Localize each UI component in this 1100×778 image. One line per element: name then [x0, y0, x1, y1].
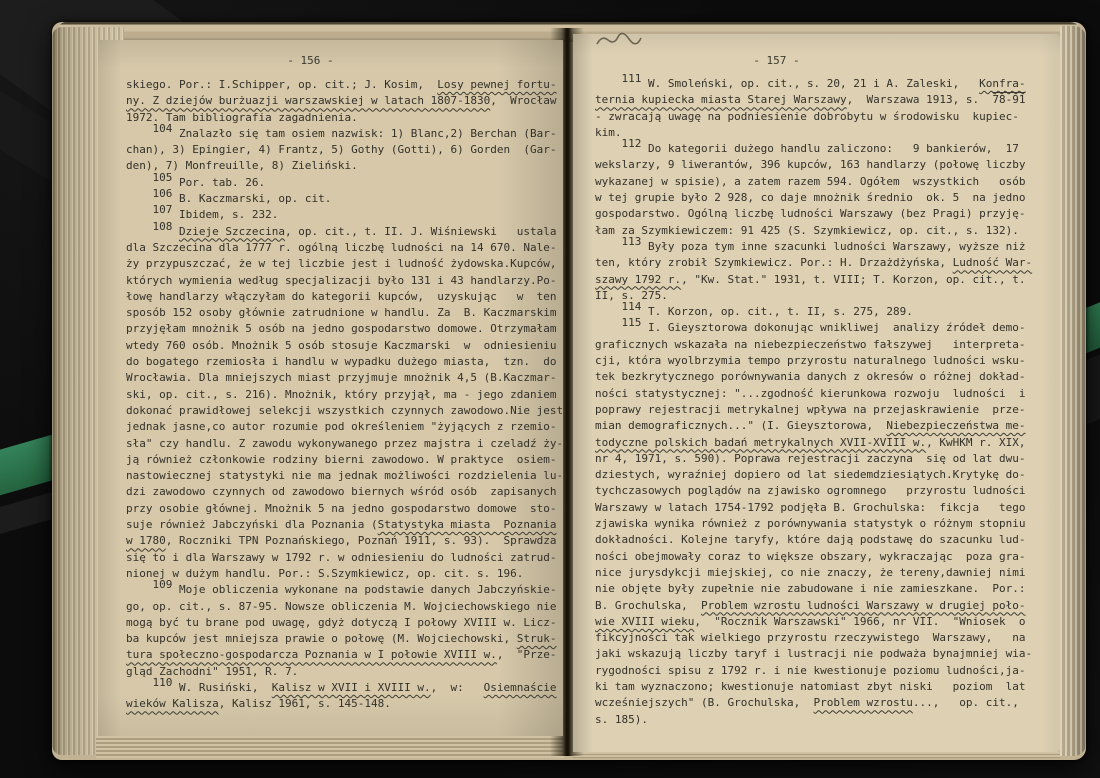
text-segment [126, 192, 153, 205]
text-line: ności obejmowały coraz to większe obszar… [595, 549, 1032, 565]
text-line: w 1780, Roczniki TPN Poznańskiego, Pozna… [126, 533, 563, 549]
text-line: suje również Jabczyński dla Poznania (St… [126, 517, 563, 533]
text-line: cji, która wyolbrzymia tempo przyrostu n… [595, 353, 1032, 369]
footnote-number: 111 [622, 72, 642, 85]
text-line: 106 B. Kaczmarski, op. cit. [126, 191, 563, 207]
text-segment: łam za Szymkiewiczem: 91 425 (S. Szymkie… [595, 224, 1019, 237]
text-line: nie objęte były zupełnie nie zabudowane … [595, 581, 1032, 597]
text-line: 110 W. Rusiński, Kalisz w XVII i XVIII w… [126, 680, 563, 696]
text-segment: dla Szczecina dla 1777 r. ogólną liczbę … [126, 241, 556, 254]
text-line: 109 Moje obliczenia wykonane na podstawi… [126, 582, 563, 598]
footnote-number: 115 [622, 316, 642, 329]
text-segment: s. 185). [595, 713, 648, 726]
text-line: 104 Znalazło się tam osiem nazwisk: 1) B… [126, 126, 563, 142]
text-segment: gospodarstwo. Ogólną liczbę ludności War… [595, 207, 1025, 220]
text-line: ternia kupiecka miasta Starej Warszawy, … [595, 92, 1032, 108]
text-segment: nie objęte były zupełnie nie zabudowane … [595, 582, 1025, 595]
text-segment: go, op. cit., s. 87-95. Nowsze obliczeni… [126, 600, 556, 613]
footnote-number: 108 [153, 220, 173, 233]
underlined-title: Konfra- [979, 77, 1025, 90]
text-segment: Wrocławia. Dla mniejszych miast przyjmuj… [126, 371, 556, 384]
text-line: rygodności spisu z 1792 r. i nie kwestio… [595, 663, 1032, 679]
left-page: - 156 - skiego. Por.: I.Schipper, op. ci… [98, 40, 563, 736]
text-segment: , op. cit., t. II. J. Wiśniewski ustala [285, 225, 557, 238]
text-line: graficznych wskazała na niebezpieczeństw… [595, 337, 1032, 353]
text-segment [595, 77, 622, 90]
text-segment: ba kupców jest mniejsza prawie o połowę … [126, 632, 517, 645]
text-line: do bogatego rzemiosła i handlu w wypadku… [126, 354, 563, 370]
pencil-mark [595, 32, 643, 50]
text-segment: wykazanej w spisie), a zatem razem 594. … [595, 175, 1025, 188]
text-segment: 78-91 [992, 93, 1025, 106]
text-segment: T. Korzon, op. cit., t. II, s. 275, 289. [641, 305, 913, 318]
text-segment: do bogatego rzemiosła i handlu w wypadku… [126, 355, 556, 368]
text-segment: Ibidem, s. 232. [172, 208, 278, 221]
text-segment: - zwracają uwagę na podniesienie dobroby… [595, 110, 1019, 123]
text-line: todyczne polskich badań metrykalnych XVI… [595, 435, 1032, 451]
text-line: jaki wskazują liczby taryf i lustracji n… [595, 646, 1032, 662]
underlined-title: ny. Z dziejów burżuazji warszawskiej w l… [126, 94, 490, 107]
footnote-number: 105 [153, 171, 173, 184]
text-segment [172, 225, 179, 238]
text-line: wieków Kalisza, Kalisz 1961, s. 145-148. [126, 696, 563, 712]
text-line: mogą być tu brane pod uwagę, gdyż dotycz… [126, 615, 563, 631]
text-segment: nionej w dużym handlu. Por.: S.Szymkiewi… [126, 567, 523, 580]
text-segment: nice jurysdykcji miejskiej, co nie znacz… [595, 566, 1025, 579]
text-line: Warszawy w latach 1754-1792 podjęła B. G… [595, 500, 1032, 516]
text-line: B. Grochulska, Problem wzrostu ludności … [595, 598, 1032, 614]
text-line: ski, op. cit., s. 216). Mnożnik, który p… [126, 387, 563, 403]
underlined-title: Statystyka miasta Poznania [378, 518, 557, 531]
text-line: skiego. Por.: I.Schipper, op. cit.; J. K… [126, 77, 563, 93]
text-segment [126, 681, 153, 694]
text-line: sła" czy handlu. Z zawodu wykonywanego p… [126, 436, 563, 452]
text-segment: wcześniejszych" (B. Grochulska, [595, 696, 814, 709]
text-segment: graficznych wskazała na niebezpieczeństw… [595, 338, 1025, 351]
text-line: wykazanej w spisie), a zatem razem 594. … [595, 174, 1032, 190]
text-line: dziestych, wyraźniej dopiero od lat sied… [595, 467, 1032, 483]
page-number-left: - 156 - [78, 54, 543, 67]
text-line: dokonać prawidłowej selekcji wszystkich … [126, 403, 563, 419]
underlined-title: Ludność War- [953, 256, 1032, 269]
text-segment: rygodności spisu z 1792 r. i nie kwestio… [595, 664, 1025, 677]
footnote-number: 112 [622, 137, 642, 150]
text-segment: ności statystycznej: "...zgodność kierun… [595, 387, 1025, 400]
underlined-title: wieków Kalisza [126, 697, 219, 710]
text-segment: suje również Jabczyński dla Poznania ( [126, 518, 378, 531]
text-line: jednak jasne,co autor rozumie pod określ… [126, 419, 563, 435]
text-line: den), 7) Monfreuille, 8) Zieliński. [126, 158, 563, 174]
text-line: 112 Do kategorii dużego handlu zaliczono… [595, 141, 1032, 157]
text-line: poprawy rejestracji metrykalnej wpływa n… [595, 402, 1032, 418]
text-segment: mian demograficznych..." (I. Gieysztorow… [595, 419, 886, 432]
underlined-title: ternia kupiecka miasta Starej Warszawy [595, 93, 847, 106]
text-line: sposób 152 osoby głównie zatrudnione w h… [126, 305, 563, 321]
text-line: przyjęłam mnożnik 5 osób na jedno gospod… [126, 321, 563, 337]
left-page-text: skiego. Por.: I.Schipper, op. cit.; J. K… [126, 77, 563, 713]
text-line: tura społeczno-gospodarcza Poznania w I … [126, 647, 563, 663]
text-segment: W. Rusiński, [172, 681, 271, 694]
text-line: ten, który zrobił Szymkiewicz. Por.: H. … [595, 255, 1032, 271]
text-line: łam za Szymkiewiczem: 91 425 (S. Szymkie… [595, 223, 1032, 239]
text-segment: W. Smoleński, op. cit., s. 20, 21 i A. Z… [641, 77, 979, 90]
text-segment: , Wrocław [490, 94, 556, 107]
text-segment: , Kalisz 1961, s. 145-148. [219, 697, 391, 710]
text-segment: ski, op. cit., s. 216). Mnożnik, który p… [126, 388, 556, 401]
underlined-title: Problem wzrostu ludności Warszawy w drug… [701, 599, 1026, 612]
text-segment: cji, która wyolbrzymia tempo przyrostu n… [595, 354, 1025, 367]
text-line: fikcyjności tak wielkiego przyrostu rzec… [595, 630, 1032, 646]
text-line: łowę handlarzy włączyłam do kategorii ku… [126, 289, 563, 305]
underlined-title: Osiemnaście [484, 681, 557, 694]
text-segment: sła" czy handlu. Z zawodu wykonywanego p… [126, 437, 563, 450]
text-segment: przy osobie głównej. Mnożnik 5 na jedno … [126, 502, 556, 515]
text-segment: dzi zawodowo czynnych od zawodowo bierny… [126, 485, 556, 498]
text-segment: ki tam wyznaczono; kwestionuje natomiast… [595, 680, 1025, 693]
text-line: s. 185). [595, 712, 1032, 728]
text-segment [595, 142, 622, 155]
footnote-number: 107 [153, 203, 173, 216]
text-line: się to i dla Warszawy w 1792 r. w odnies… [126, 550, 563, 566]
footnote-number: 109 [153, 578, 173, 591]
text-segment: chan), 3) Epingier, 4) Frantz, 5) Gothy … [126, 143, 556, 156]
text-segment: , Roczniki TPN Poznańskiego, Poznań 1911… [166, 534, 557, 547]
text-line: - zwracają uwagę na podniesienie dobroby… [595, 109, 1032, 125]
open-book: - 156 - skiego. Por.: I.Schipper, op. ci… [52, 22, 1086, 760]
underlined-title: szawy 1792 r. [595, 273, 681, 286]
text-segment: jaki wskazują liczby taryf i lustracji n… [595, 647, 1032, 660]
text-line: dla Szczecina dla 1777 r. ogólną liczbę … [126, 240, 563, 256]
text-segment: , Warszawa 1913, s. [847, 93, 993, 106]
text-line: Wrocławia. Dla mniejszych miast przyjmuj… [126, 370, 563, 386]
footnote-number: 114 [622, 300, 642, 313]
text-line: szawy 1792 r., "Kw. Stat." 1931, t. VIII… [595, 272, 1032, 288]
text-line: wtedy 760 osób. Mnożnik 5 osób stosuje K… [126, 338, 563, 354]
text-segment: Warszawy w latach 1754-1792 podjęła B. G… [595, 501, 1025, 514]
text-segment: I. Gieysztorowa dokonując wnikliwej anal… [641, 321, 1025, 334]
text-line: dokładności. Kolejne taryfy, które dają … [595, 532, 1032, 548]
text-line: tychczasowych poglądów na zjawisko ogrom… [595, 483, 1032, 499]
text-segment: przyjęłam mnożnik 5 osób na jedno gospod… [126, 322, 556, 335]
text-line: 108 Dzieje Szczecina, op. cit., t. II. J… [126, 224, 563, 240]
text-segment: nastowiecznej statystyki nie ma jednak m… [126, 469, 563, 482]
text-segment: tychczasowych poglądów na zjawisko ogrom… [595, 484, 1025, 497]
text-segment: Znalazło się tam osiem nazwisk: 1) Blanc… [172, 127, 556, 140]
text-segment: mogą być tu brane pod uwagę, gdyż dotycz… [126, 616, 556, 629]
text-segment [126, 208, 153, 221]
underlined-title: Problem wzrostu [814, 696, 913, 709]
text-line: ności statystycznej: "...zgodność kierun… [595, 386, 1032, 402]
page-number-right: - 157 - [533, 54, 1020, 67]
footnote-number: 110 [153, 676, 173, 689]
text-segment [595, 305, 622, 318]
underlined-title: Niebezpieczeństwa me- [886, 419, 1025, 432]
text-line: 115 I. Gieysztorowa dokonując wnikliwej … [595, 320, 1032, 336]
text-line: ją również członkowie rodziny bierni zaw… [126, 452, 563, 468]
text-line: chan), 3) Epingier, 4) Frantz, 5) Gothy … [126, 142, 563, 158]
text-line: kim. [595, 125, 1032, 141]
text-segment: zjawiska wynika również z porównywania s… [595, 517, 1025, 530]
text-segment: wekslarzy, 9 liwerantów, 396 kupców, 163… [595, 158, 1025, 171]
text-segment: , "Kw. Stat." 1931, t. VIII; T. Korzon, … [681, 273, 1025, 286]
text-segment: których wymienia według specjalizacji by… [126, 274, 556, 287]
text-segment: ją również członkowie rodziny bierni zaw… [126, 453, 556, 466]
text-segment: jednak jasne,co autor rozumie pod określ… [126, 420, 556, 433]
text-segment: łowę handlarzy włączyłam do kategorii ku… [126, 290, 556, 303]
text-line: wie XVIII wieku, "Rocznik Warszawski" 19… [595, 614, 1032, 630]
text-segment: B. Grochulska, [595, 599, 701, 612]
text-segment: skiego. Por.: I.Schipper, op. cit.; J. K… [126, 78, 437, 91]
underlined-title: Struk- [517, 632, 557, 645]
text-line: ba kupców jest mniejsza prawie o połowę … [126, 631, 563, 647]
text-segment: ności obejmowały coraz to większe obszar… [595, 550, 1025, 563]
text-segment [126, 127, 153, 140]
text-line: przy osobie głównej. Mnożnik 5 na jedno … [126, 501, 563, 517]
text-line: 105 Por. tab. 26. [126, 175, 563, 191]
text-line: nionej w dużym handlu. Por.: S.Szymkiewi… [126, 566, 563, 582]
text-segment: sposób 152 osoby głównie zatrudnione w h… [126, 306, 556, 319]
right-page: - 157 - 111 W. Smoleński, op. cit., s. 2… [573, 34, 1060, 752]
text-line: w tej grupie było 2 928, co daje mnożnik… [595, 190, 1032, 206]
text-segment: ..., op. cit., [913, 696, 1019, 709]
text-segment: w tej grupie było 2 928, co daje mnożnik… [595, 191, 1025, 204]
text-segment: dziestych, wyraźniej dopiero od lat sied… [595, 468, 1025, 481]
text-segment: , w: [431, 681, 484, 694]
text-segment [126, 225, 153, 238]
underlined-title: Kalisz w XVII i XVIII w. [272, 681, 431, 694]
text-line: zjawiska wynika również z porównywania s… [595, 516, 1032, 532]
text-line: ki tam wyznaczono; kwestionuje natomiast… [595, 679, 1032, 695]
text-segment: Moje obliczenia wykonane na podstawie da… [172, 583, 556, 596]
text-line: ny. Z dziejów burżuazji warszawskiej w l… [126, 93, 563, 109]
text-segment: wtedy 760 osób. Mnożnik 5 osób stosuje K… [126, 339, 556, 352]
underlined-title: wie XVIII wieku [595, 615, 694, 628]
footnote-number: 113 [622, 235, 642, 248]
text-line: 1972. Tam bibliografia zagadnienia. [126, 110, 563, 126]
text-segment: , "Rocznik Warszawski" 1966, nr VII. "Wn… [694, 615, 1025, 628]
text-line: dzi zawodowo czynnych od zawodowo bierny… [126, 484, 563, 500]
photo-scene: - 156 - skiego. Por.: I.Schipper, op. ci… [0, 0, 1100, 778]
text-segment [126, 583, 153, 596]
text-segment: Były poza tym inne szacunki ludności War… [641, 240, 1025, 253]
underlined-title: w 1780 [126, 534, 166, 547]
text-line: tek bezkrytycznego porównywania danych z… [595, 369, 1032, 385]
text-segment: tek bezkrytycznego porównywania danych z… [595, 370, 1025, 383]
text-line: mian demograficznych..." (I. Gieysztorow… [595, 418, 1032, 434]
text-line: których wymienia według specjalizacji by… [126, 273, 563, 289]
underlined-title: Losy pewnej fortu- [437, 78, 556, 91]
text-segment [126, 176, 153, 189]
text-segment [595, 240, 622, 253]
text-segment: ży przypuszczać, że w tej liczbie jest i… [126, 257, 556, 270]
text-segment: Por. tab. 26. [172, 176, 265, 189]
footnote-number: 104 [153, 122, 173, 135]
page-edges-bottom [96, 736, 564, 758]
underlined-title: todyczne polskich badań metrykalnych XVI… [595, 436, 926, 449]
text-line: gląd Zachodni" 1951, R. 7. [126, 664, 563, 680]
text-line: nice jurysdykcji miejskiej, co nie znacz… [595, 565, 1032, 581]
text-segment: , KwHKM r. XIX, [926, 436, 1025, 449]
text-line: 114 T. Korzon, op. cit., t. II, s. 275, … [595, 304, 1032, 320]
underlined-title: tura społeczno-gospodarcza Poznania w I … [126, 648, 497, 661]
text-segment: , "Prze- [497, 648, 557, 661]
text-line: gospodarstwo. Ogólną liczbę ludności War… [595, 206, 1032, 222]
text-segment: poprawy rejestracji metrykalnej wpływa n… [595, 403, 1025, 416]
text-line: wekslarzy, 9 liwerantów, 396 kupców, 163… [595, 157, 1032, 173]
text-line: wcześniejszych" (B. Grochulska, Problem … [595, 695, 1032, 711]
text-line: go, op. cit., s. 87-95. Nowsze obliczeni… [126, 599, 563, 615]
text-segment: Do kategorii dużego handlu zaliczono: 9 … [641, 142, 1019, 155]
underlined-title: Dzieje Szczecina [179, 225, 285, 238]
text-segment: dokładności. Kolejne taryfy, które dają … [595, 533, 1025, 546]
text-line: II, s. 275. [595, 288, 1032, 304]
text-segment: dokonać prawidłowej selekcji wszystkich … [126, 404, 563, 417]
text-line: nr 4, 1971, s. 590). Poprawa rejestracji… [595, 451, 1032, 467]
right-page-text: 111 W. Smoleński, op. cit., s. 20, 21 i … [595, 76, 1032, 728]
text-segment: nr 4, 1971, s. 590). Poprawa rejestracji… [595, 452, 1025, 465]
text-line: 111 W. Smoleński, op. cit., s. 20, 21 i … [595, 76, 1032, 92]
text-segment: kim. [595, 126, 622, 139]
footnote-number: 106 [153, 187, 173, 200]
text-line: nastowiecznej statystyki nie ma jednak m… [126, 468, 563, 484]
text-segment: B. Kaczmarski, op. cit. [172, 192, 331, 205]
text-line: ży przypuszczać, że w tej liczbie jest i… [126, 256, 563, 272]
page-edges-bottom [573, 752, 1060, 758]
page-edges-right [1060, 26, 1086, 756]
text-segment: ten, który zrobił Szymkiewicz. Por.: H. … [595, 256, 953, 269]
text-line: 107 Ibidem, s. 232. [126, 207, 563, 223]
text-segment: się to i dla Warszawy w 1792 r. w odnies… [126, 551, 556, 564]
text-line: 113 Były poza tym inne szacunki ludności… [595, 239, 1032, 255]
text-segment: gląd Zachodni" 1951, R. 7. [126, 665, 298, 678]
text-segment: fikcyjności tak wielkiego przyrostu rzec… [595, 631, 1025, 644]
text-segment [595, 321, 622, 334]
